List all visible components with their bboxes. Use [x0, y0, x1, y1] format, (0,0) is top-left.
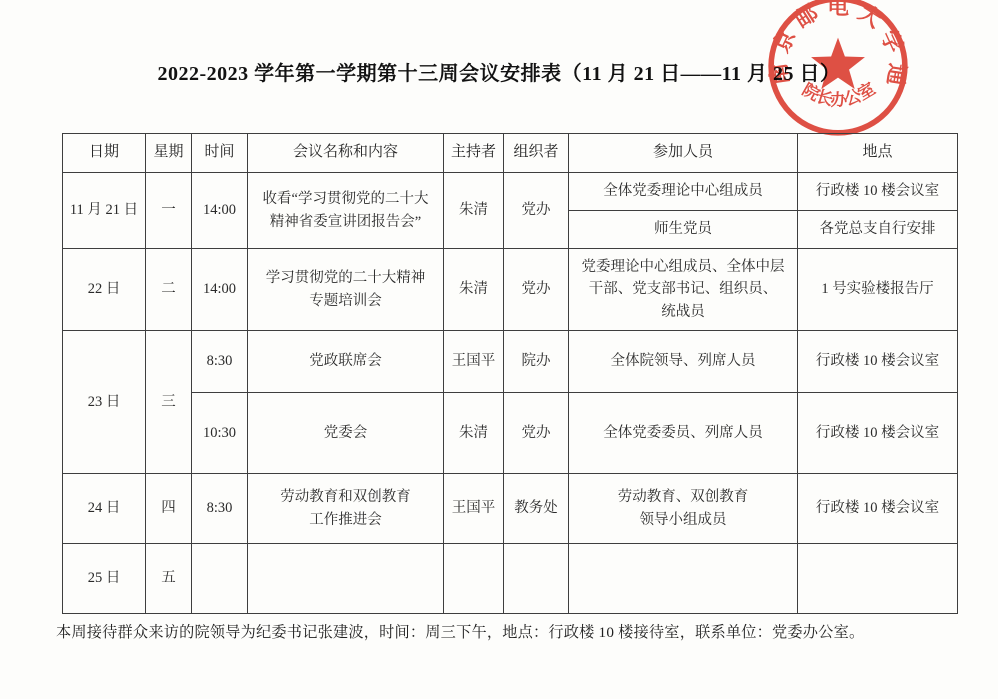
col-header-week: 星期 [146, 134, 192, 173]
cell-mon-time: 14:00 [192, 173, 248, 249]
cell-thu-time: 8:30 [192, 474, 248, 544]
meeting-schedule-table: 日期 星期 时间 会议名称和内容 主持者 组织者 参加人员 地点 11 月 21… [62, 133, 958, 614]
cell-mon-organizer: 党办 [504, 173, 569, 249]
col-header-location: 地点 [798, 134, 958, 173]
cell-tue-host: 朱清 [444, 249, 504, 331]
cell-fri-participants-empty [569, 544, 798, 614]
cell-thu-week: 四 [146, 474, 192, 544]
cell-wed1-organizer: 院办 [504, 331, 569, 393]
document-page: 2022-2023 学年第一学期第十三周会议安排表（11 月 21 日——11 … [0, 0, 998, 699]
cell-wed2-location: 行政楼 10 楼会议室 [798, 393, 958, 474]
col-header-meeting: 会议名称和内容 [248, 134, 444, 173]
cell-tue-organizer: 党办 [504, 249, 569, 331]
col-header-participants: 参加人员 [569, 134, 798, 173]
cell-mon-participants-2: 师生党员 [569, 211, 798, 249]
col-header-time: 时间 [192, 134, 248, 173]
cell-tue-date: 22 日 [63, 249, 146, 331]
cell-fri-host-empty [444, 544, 504, 614]
cell-fri-meeting-empty [248, 544, 444, 614]
cell-thu-meeting: 劳动教育和双创教育 工作推进会 [248, 474, 444, 544]
cell-mon-week: 一 [146, 173, 192, 249]
cell-wed2-meeting: 党委会 [248, 393, 444, 474]
cell-wed1-time: 8:30 [192, 331, 248, 393]
cell-tue-participants: 党委理论中心组成员、全体中层 干部、党支部书记、组织员、 统战员 [569, 249, 798, 331]
cell-mon-participants-1: 全体党委理论中心组成员 [569, 173, 798, 211]
cell-tue-meeting: 学习贯彻党的二十大精神 专题培训会 [248, 249, 444, 331]
cell-thu-date: 24 日 [63, 474, 146, 544]
cell-wed-week: 三 [146, 331, 192, 474]
cell-wed1-meeting: 党政联席会 [248, 331, 444, 393]
cell-wed2-time: 10:30 [192, 393, 248, 474]
cell-mon-host: 朱清 [444, 173, 504, 249]
cell-thu-participants: 劳动教育、双创教育 领导小组成员 [569, 474, 798, 544]
cell-tue-location: 1 号实验楼报告厅 [798, 249, 958, 331]
cell-thu-host: 王国平 [444, 474, 504, 544]
page-title: 2022-2023 学年第一学期第十三周会议安排表（11 月 21 日——11 … [0, 57, 998, 86]
cell-fri-organizer-empty [504, 544, 569, 614]
cell-wed1-location: 行政楼 10 楼会议室 [798, 331, 958, 393]
cell-fri-time-empty [192, 544, 248, 614]
cell-tue-time: 14:00 [192, 249, 248, 331]
cell-thu-organizer: 教务处 [504, 474, 569, 544]
cell-wed1-participants: 全体院领导、列席人员 [569, 331, 798, 393]
cell-wed1-host: 王国平 [444, 331, 504, 393]
cell-fri-date: 25 日 [63, 544, 146, 614]
col-header-date: 日期 [63, 134, 146, 173]
cell-mon-date: 11 月 21 日 [63, 173, 146, 249]
cell-wed2-host: 朱清 [444, 393, 504, 474]
cell-mon-meeting: 收看“学习贯彻党的二十大 精神省委宣讲团报告会” [248, 173, 444, 249]
footer-note: 本周接待群众来访的院领导为纪委书记张建波，时间：周三下午，地点：行政楼 10 楼… [56, 621, 864, 642]
cell-fri-week: 五 [146, 544, 192, 614]
cell-tue-week: 二 [146, 249, 192, 331]
cell-wed-date: 23 日 [63, 331, 146, 474]
cell-fri-location-empty [798, 544, 958, 614]
cell-wed2-organizer: 党办 [504, 393, 569, 474]
col-header-organizer: 组织者 [504, 134, 569, 173]
col-header-host: 主持者 [444, 134, 504, 173]
cell-mon-location-1: 行政楼 10 楼会议室 [798, 173, 958, 211]
cell-mon-location-2: 各党总支自行安排 [798, 211, 958, 249]
cell-thu-location: 行政楼 10 楼会议室 [798, 474, 958, 544]
cell-wed2-participants: 全体党委委员、列席人员 [569, 393, 798, 474]
